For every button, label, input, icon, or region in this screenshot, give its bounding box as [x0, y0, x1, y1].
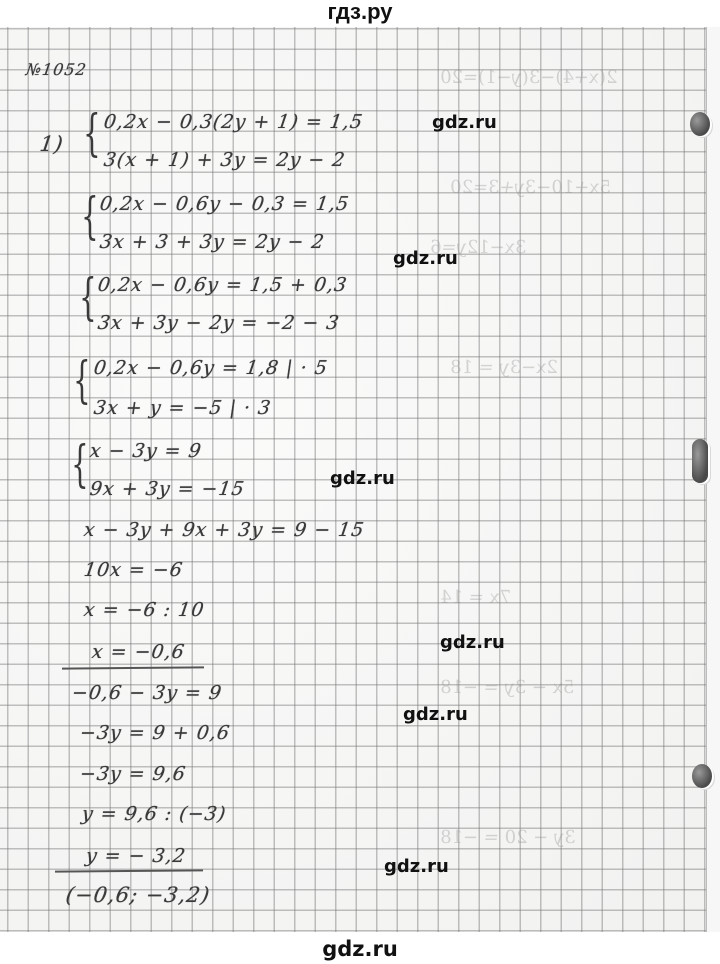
bleed-through-text: 2x−3y = 18 [448, 357, 559, 378]
solution-step: x = −6 : 10 [82, 599, 205, 621]
site-header: гдз.ру [0, 0, 720, 27]
footer-title: gdz.ru [322, 937, 398, 961]
watermark: gdz.ru [330, 468, 395, 489]
site-footer: gdz.ru [0, 932, 720, 964]
part-label: 1) [38, 132, 65, 156]
watermark: gdz.ru [403, 704, 468, 725]
bleed-through-text: 3y − 20 = −18 [438, 827, 577, 848]
equation-line: x − 3y = 9 [88, 440, 203, 462]
equation-line: 3x + 3 + 3y = 2y − 2 [98, 231, 326, 253]
final-answer: (−0,6; −3,2) [64, 883, 211, 907]
system-brace: { [79, 272, 96, 322]
solution-step: −3y = 9,6 [78, 763, 187, 785]
bleed-through-text: 5x − 3y = −18 [438, 677, 576, 698]
system-brace: { [81, 191, 98, 241]
system-brace: { [71, 439, 88, 489]
system-brace: { [83, 108, 100, 158]
site-title: гдз.ру [328, 0, 393, 24]
solution-step: y = 9,6 : (−3) [80, 803, 227, 825]
binder-hole-icon [692, 439, 708, 483]
equation-line: 3x + y = −5 | · 3 [92, 397, 272, 419]
equation-line: 9x + 3y = −15 [88, 478, 246, 500]
result-underline [62, 666, 204, 669]
bleed-through-text: 5x+10−3y+3=20 [448, 177, 613, 198]
equation-line: 0,2x − 0,6y = 1,8 | · 5 [92, 357, 329, 379]
watermark: gdz.ru [393, 248, 458, 269]
solution-step: x = −0,6 [90, 641, 186, 663]
equation-line: 3x + 3y − 2y = −2 − 3 [96, 312, 341, 334]
result-underline [55, 869, 203, 872]
notebook-page: 2(x+4)−3(y−1)=20 5x+10−3y+3=20 3x−12y=6 … [0, 27, 720, 932]
watermark: gdz.ru [432, 112, 497, 133]
watermark: gdz.ru [440, 632, 505, 653]
equation-line: 0,2x − 0,6y = 1,5 + 0,3 [96, 274, 348, 296]
problem-number: №1052 [25, 60, 89, 79]
bleed-through-text: 7x = 14 [438, 587, 513, 608]
equation-line: 3(x + 1) + 3y = 2y − 2 [102, 149, 347, 171]
solution-step: y = − 3,2 [84, 845, 187, 867]
binder-hole-icon [690, 112, 710, 136]
solution-step: x − 3y + 9x + 3y = 9 − 15 [82, 519, 366, 541]
page-edge [706, 27, 720, 932]
solution-step: 10x = −6 [82, 559, 184, 581]
equation-line: 0,2x − 0,3(2y + 1) = 1,5 [102, 111, 364, 133]
equation-line: 0,2x − 0,6y − 0,3 = 1,5 [98, 193, 350, 215]
solution-step: −0,6 − 3y = 9 [70, 682, 223, 704]
binder-hole-icon [692, 764, 712, 788]
bleed-through-text: 2(x+4)−3(y−1)=20 [438, 67, 619, 88]
system-brace: { [73, 355, 90, 405]
watermark: gdz.ru [384, 856, 449, 877]
solution-step: −3y = 9 + 0,6 [78, 722, 231, 744]
